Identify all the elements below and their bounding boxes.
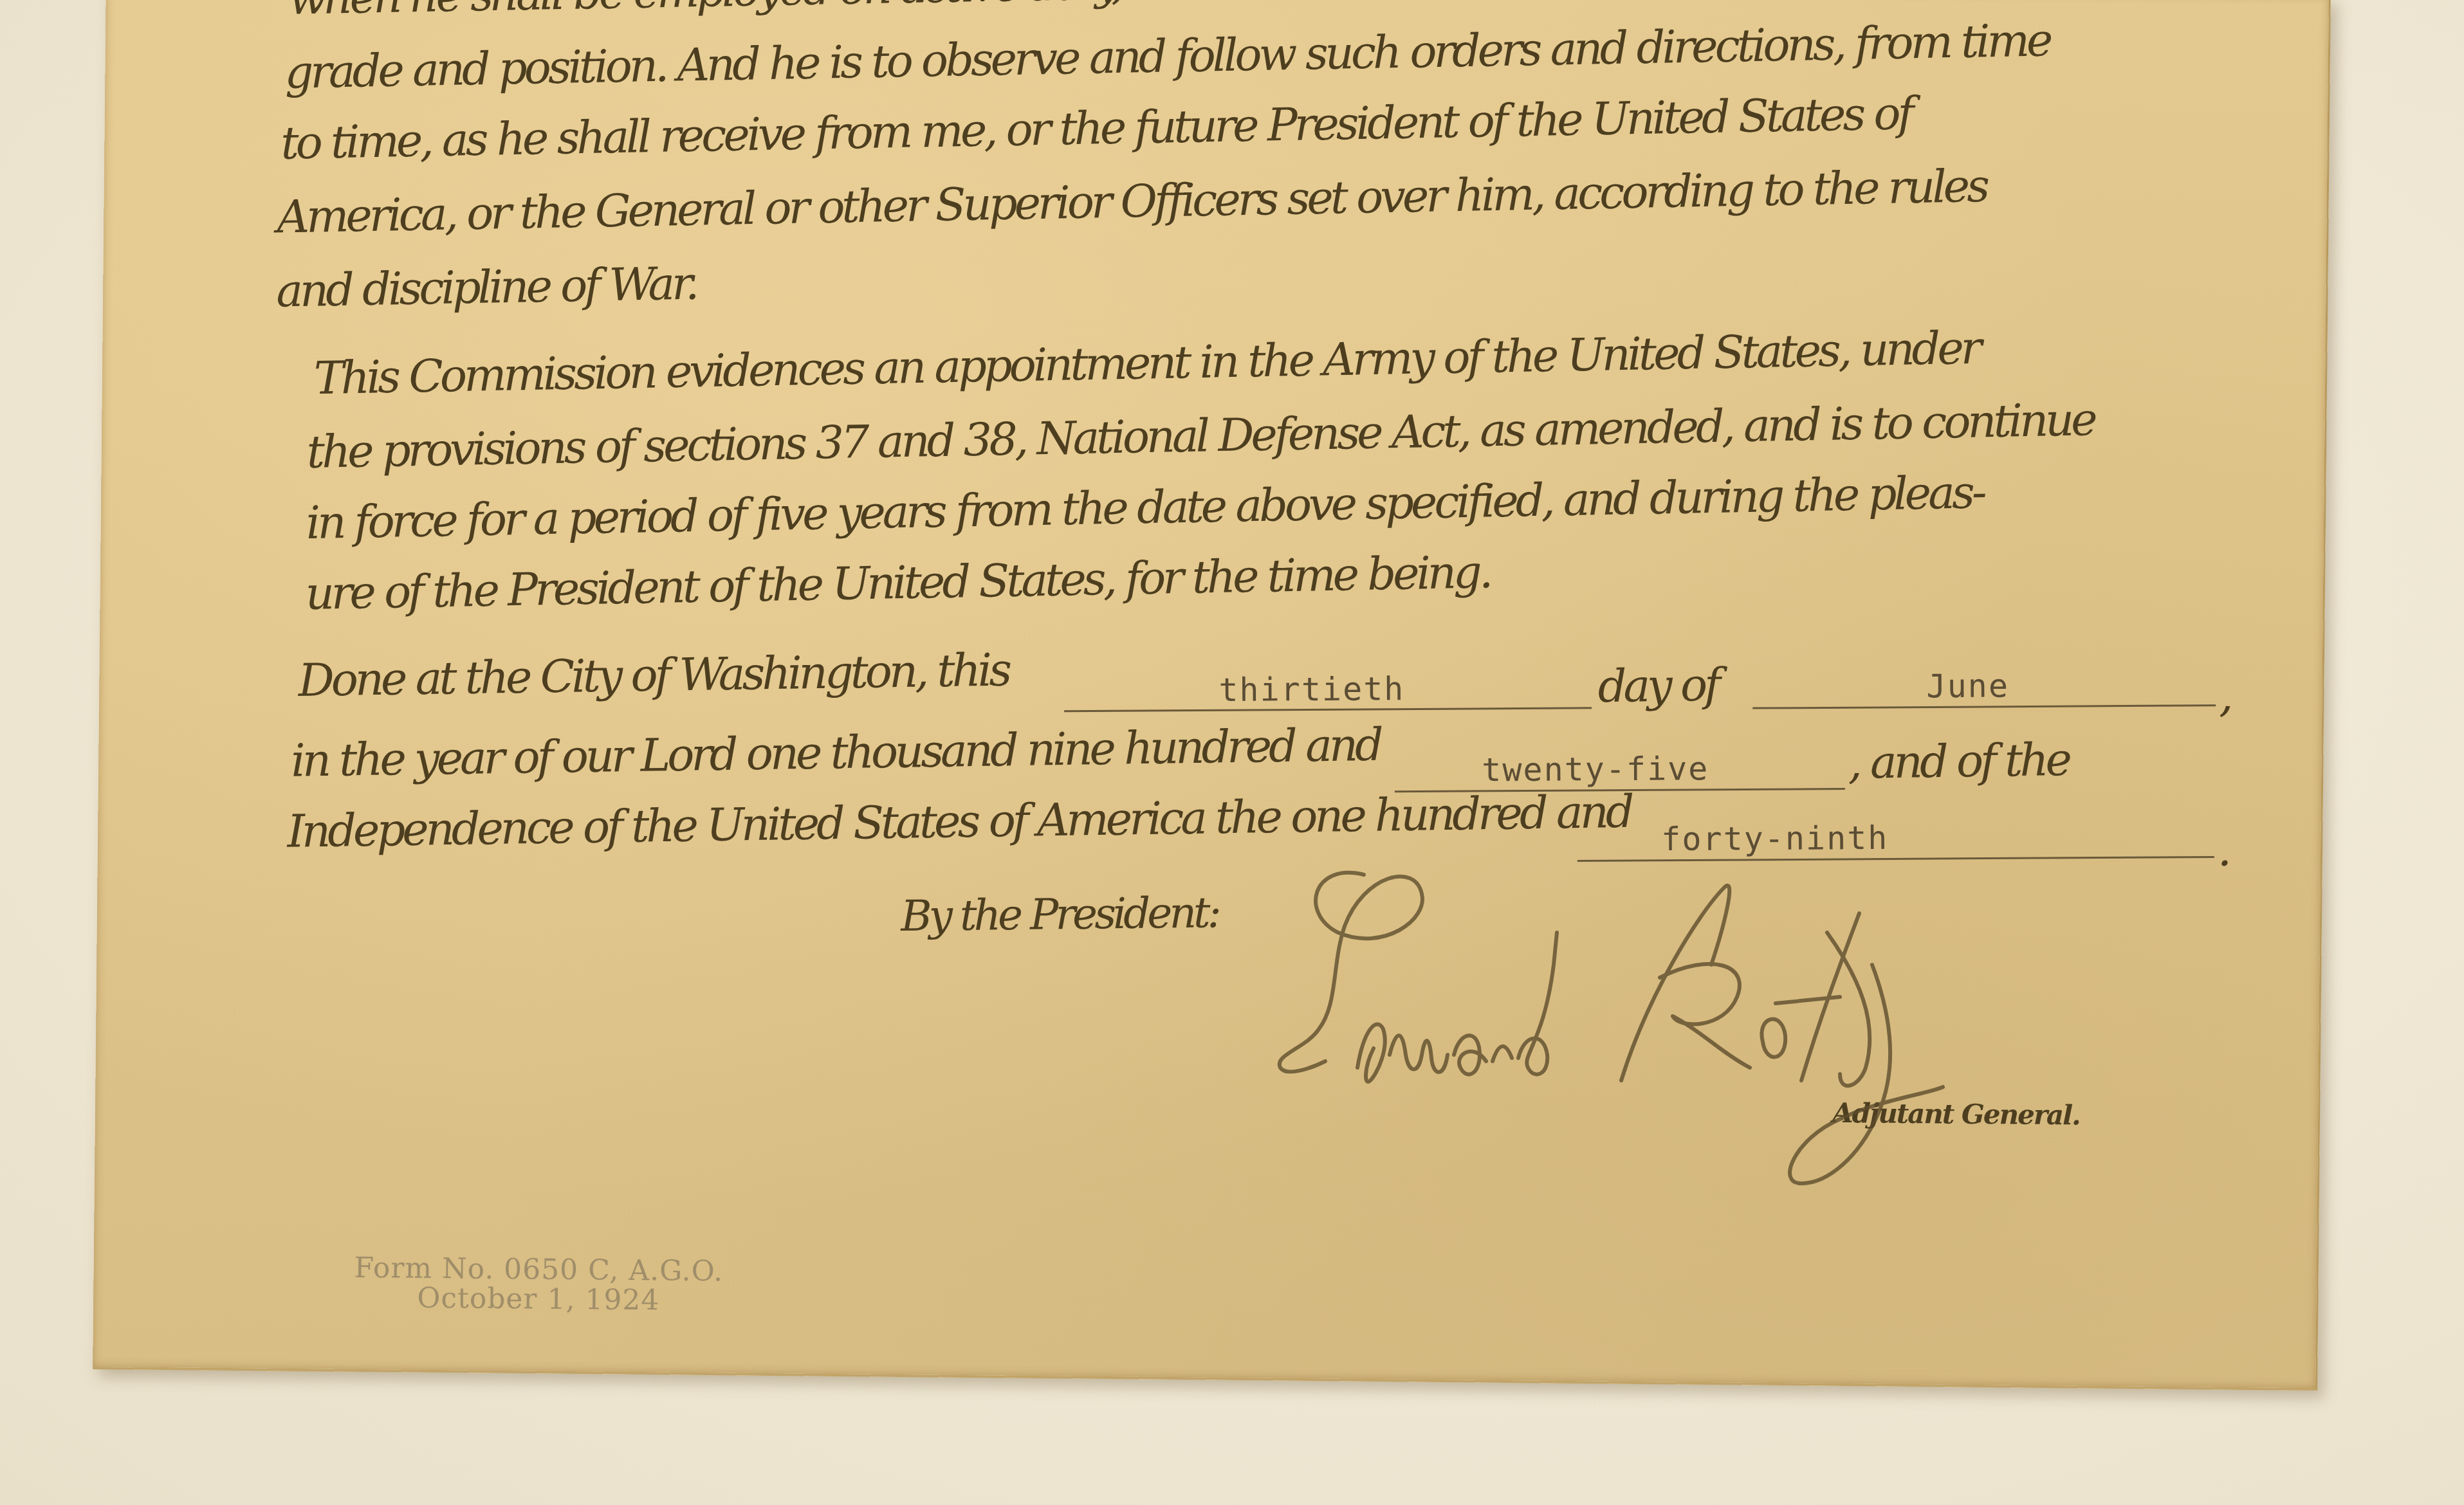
month-fill-line xyxy=(1752,704,2216,709)
date-line-2-prefix: in the year of our Lord one thousand nin… xyxy=(291,722,1381,783)
paragraph-1-line-3: to time, as he shall receive from me, or… xyxy=(280,91,1911,165)
date-line-1-prefix: Done at the City of Washington, this xyxy=(298,648,1009,703)
paragraph-2-line-4: ure of the President of the United State… xyxy=(305,549,1490,616)
paragraph-1-line-2: grade and position. And he is to observe… xyxy=(284,17,2050,95)
month-value: June xyxy=(1926,667,2009,705)
paragraph-1-line-4: America, or the General or other Superio… xyxy=(277,163,1987,240)
form-number: Form No. 0650 C, A.G.O. xyxy=(354,1254,723,1287)
paragraph-2-line-2: the provisions of sections 37 and 38, Na… xyxy=(306,397,2095,475)
paragraph-2-line-3: in force for a period of five years from… xyxy=(306,470,1984,545)
date-line-2-suffix: , and of the xyxy=(1848,737,2069,785)
form-info: Form No. 0650 C, A.G.O. October 1, 1924 xyxy=(354,1254,723,1317)
date-line-1-suffix: , xyxy=(2219,673,2230,718)
year-value: twenty-five xyxy=(1482,750,1709,789)
paragraph-1-line-5: and discipline of War. xyxy=(276,261,697,314)
by-the-president-label: By the President: xyxy=(901,891,1218,938)
paragraph-1-line-1: when he shall be employed on active duty… xyxy=(288,0,2044,21)
paragraph-2-line-1: This Commission evidences an appointment… xyxy=(313,325,1979,401)
form-date: October 1, 1924 xyxy=(354,1283,723,1317)
day-value: thirtieth xyxy=(1218,670,1404,709)
signature-icon xyxy=(1261,836,2277,1196)
date-line-1-middle: day of xyxy=(1597,662,1718,709)
